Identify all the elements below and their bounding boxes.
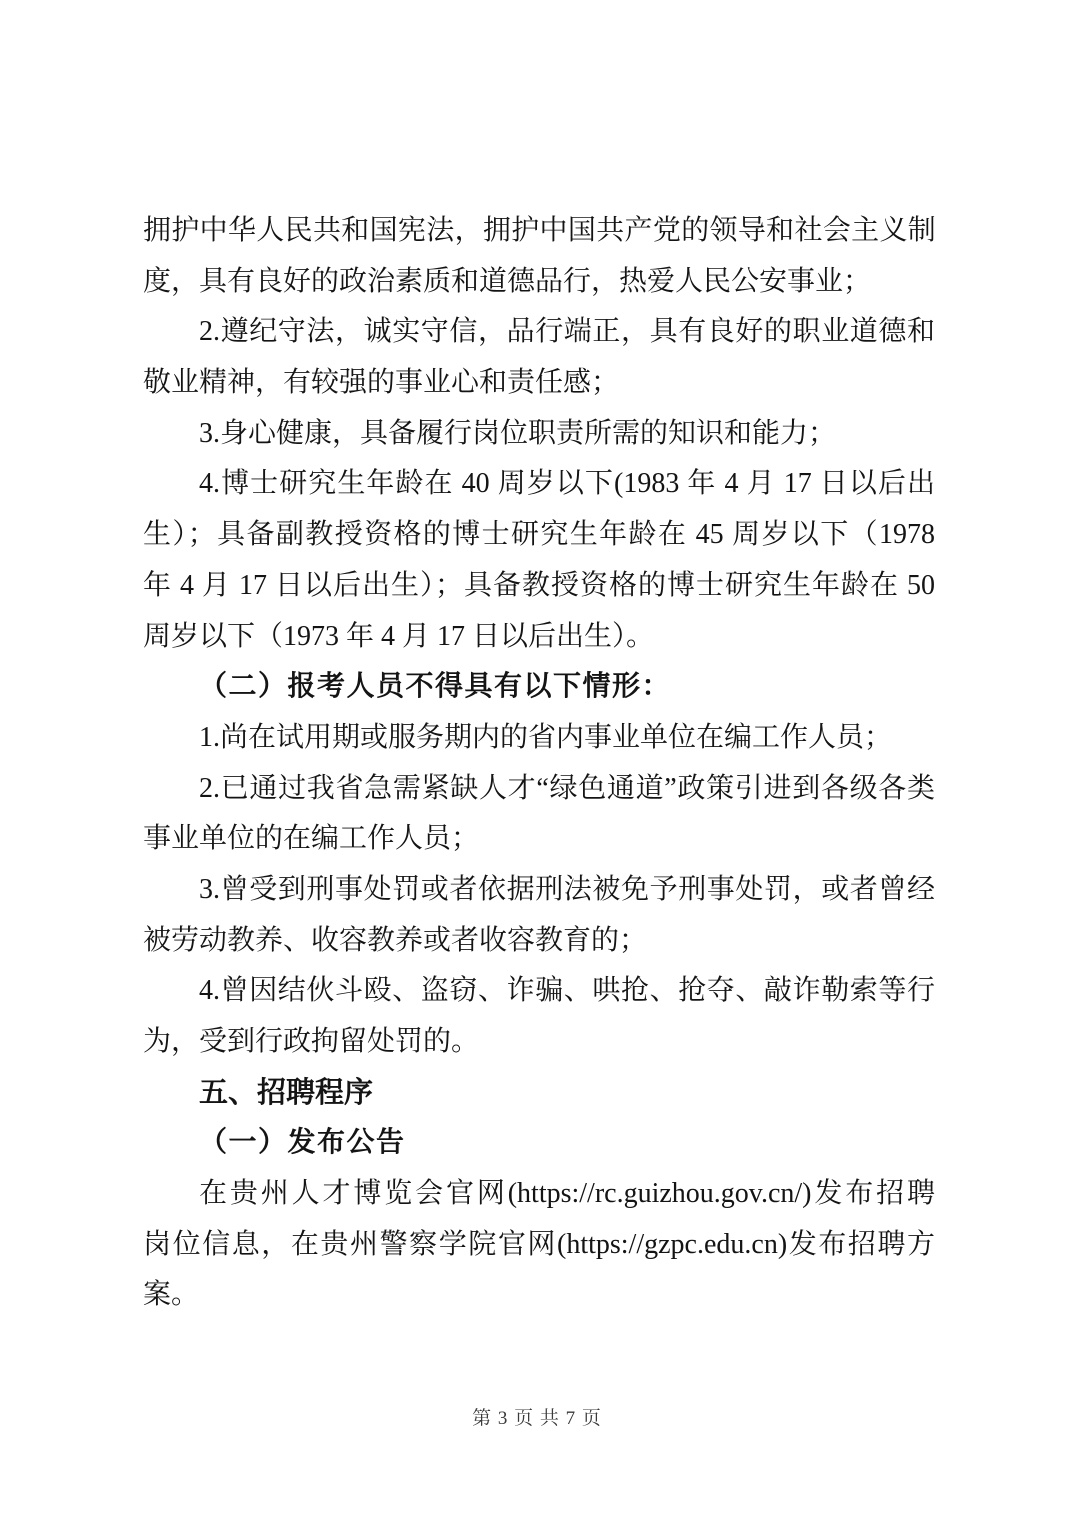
body-line: 3.曾受到刑事处罚或者依据刑法被免予刑事处罚，或者曾经 [143,865,935,916]
body-line: 拥护中华人民共和国宪法，拥护中国共产党的领导和社会主义制 [143,206,935,257]
document-body: 拥护中华人民共和国宪法，拥护中国共产党的领导和社会主义制 度，具有良好的政治素质… [143,206,935,1321]
body-line: 岗位信息，在贵州警察学院官网(https://gzpc.edu.cn)发布招聘方 [143,1220,935,1271]
body-line: 案。 [143,1270,935,1321]
subsection-heading: （一）发布公告 [143,1118,935,1169]
body-line: 敬业精神，有较强的事业心和责任感； [143,358,935,409]
body-line: 4.博士研究生年龄在 40 周岁以下(1983 年 4 月 17 日以后出 [143,459,935,510]
section-heading: 五、招聘程序 [143,1068,935,1119]
body-line: 为，受到行政拘留处罚的。 [143,1017,935,1068]
body-line: 2.已通过我省急需紧缺人才“绿色通道”政策引进到各级各类 [143,764,935,815]
body-line: 2.遵纪守法，诚实守信，品行端正，具有良好的职业道德和 [143,307,935,358]
body-line: 生）；具备副教授资格的博士研究生年龄在 45 周岁以下（1978 [143,510,935,561]
body-line: 周岁以下（1973 年 4 月 17 日以后出生）。 [143,612,935,663]
body-line: 年 4 月 17 日以后出生）；具备教授资格的博士研究生年龄在 50 [143,561,935,612]
body-line: 1.尚在试用期或服务期内的省内事业单位在编工作人员； [143,713,935,764]
page-number: 第 3 页 共 7 页 [0,1403,1074,1430]
body-line: 度，具有良好的政治素质和道德品行，热爱人民公安事业； [143,257,935,308]
body-line: 4.曾因结伙斗殴、盗窃、诈骗、哄抢、抢夺、敲诈勒索等行 [143,966,935,1017]
subsection-heading: （二）报考人员不得具有以下情形： [143,662,935,713]
body-line: 在贵州人才博览会官网(https://rc.guizhou.gov.cn/)发布… [143,1169,935,1220]
body-line: 3.身心健康，具备履行岗位职责所需的知识和能力； [143,409,935,460]
document-page: 拥护中华人民共和国宪法，拥护中国共产党的领导和社会主义制 度，具有良好的政治素质… [0,0,1074,1520]
body-line: 被劳动教养、收容教养或者收容教育的； [143,916,935,967]
body-line: 事业单位的在编工作人员； [143,814,935,865]
